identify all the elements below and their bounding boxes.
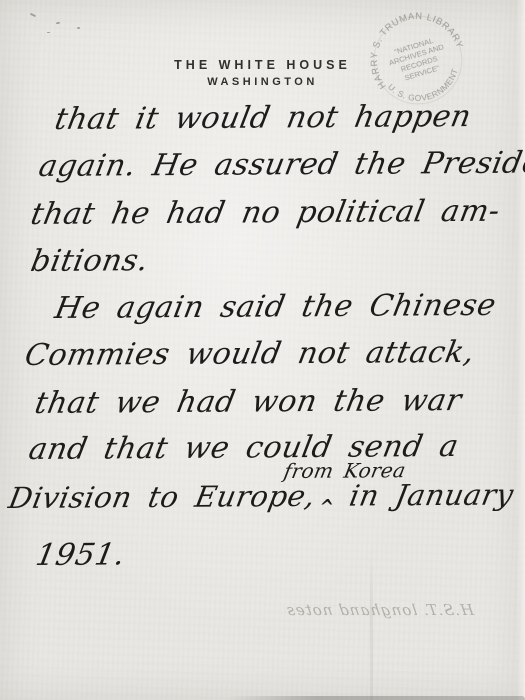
handwritten-line-4: bitions. [28, 243, 151, 279]
line9-before-text: Division to Europe, [6, 479, 318, 515]
scan-edge-highlight [516, 0, 525, 700]
insertion-caret: ^ [317, 496, 336, 520]
handwritten-line-9: Division to Europe,^in January [6, 477, 516, 515]
paper-speck [30, 13, 36, 17]
handwritten-line-6: Commies would not attack, [22, 335, 478, 373]
handwritten-line-3: that he had no political am- [28, 194, 503, 232]
paper-speck [56, 22, 60, 25]
handwritten-line-10-year: 1951. [33, 537, 128, 573]
handwritten-line-2: again. He assured the President [36, 145, 525, 184]
scanned-letter-page: THE WHITE HOUSE WASHINGTON HARRY S. TRUM… [0, 0, 525, 700]
paper-speck [47, 32, 50, 33]
handwritten-line-7: that we had won the war [32, 383, 465, 421]
handwritten-line-5: He again said the Chinese [52, 288, 499, 326]
handwritten-line-1: that it would not happen [52, 99, 474, 137]
fold-crease [370, 552, 373, 700]
paper-speck [77, 27, 80, 29]
pencil-annotation-mirrored: H.S.T. longhand notes [285, 601, 475, 619]
line9-after-text: in January [347, 477, 517, 512]
scan-edge-shadow [228, 696, 525, 700]
